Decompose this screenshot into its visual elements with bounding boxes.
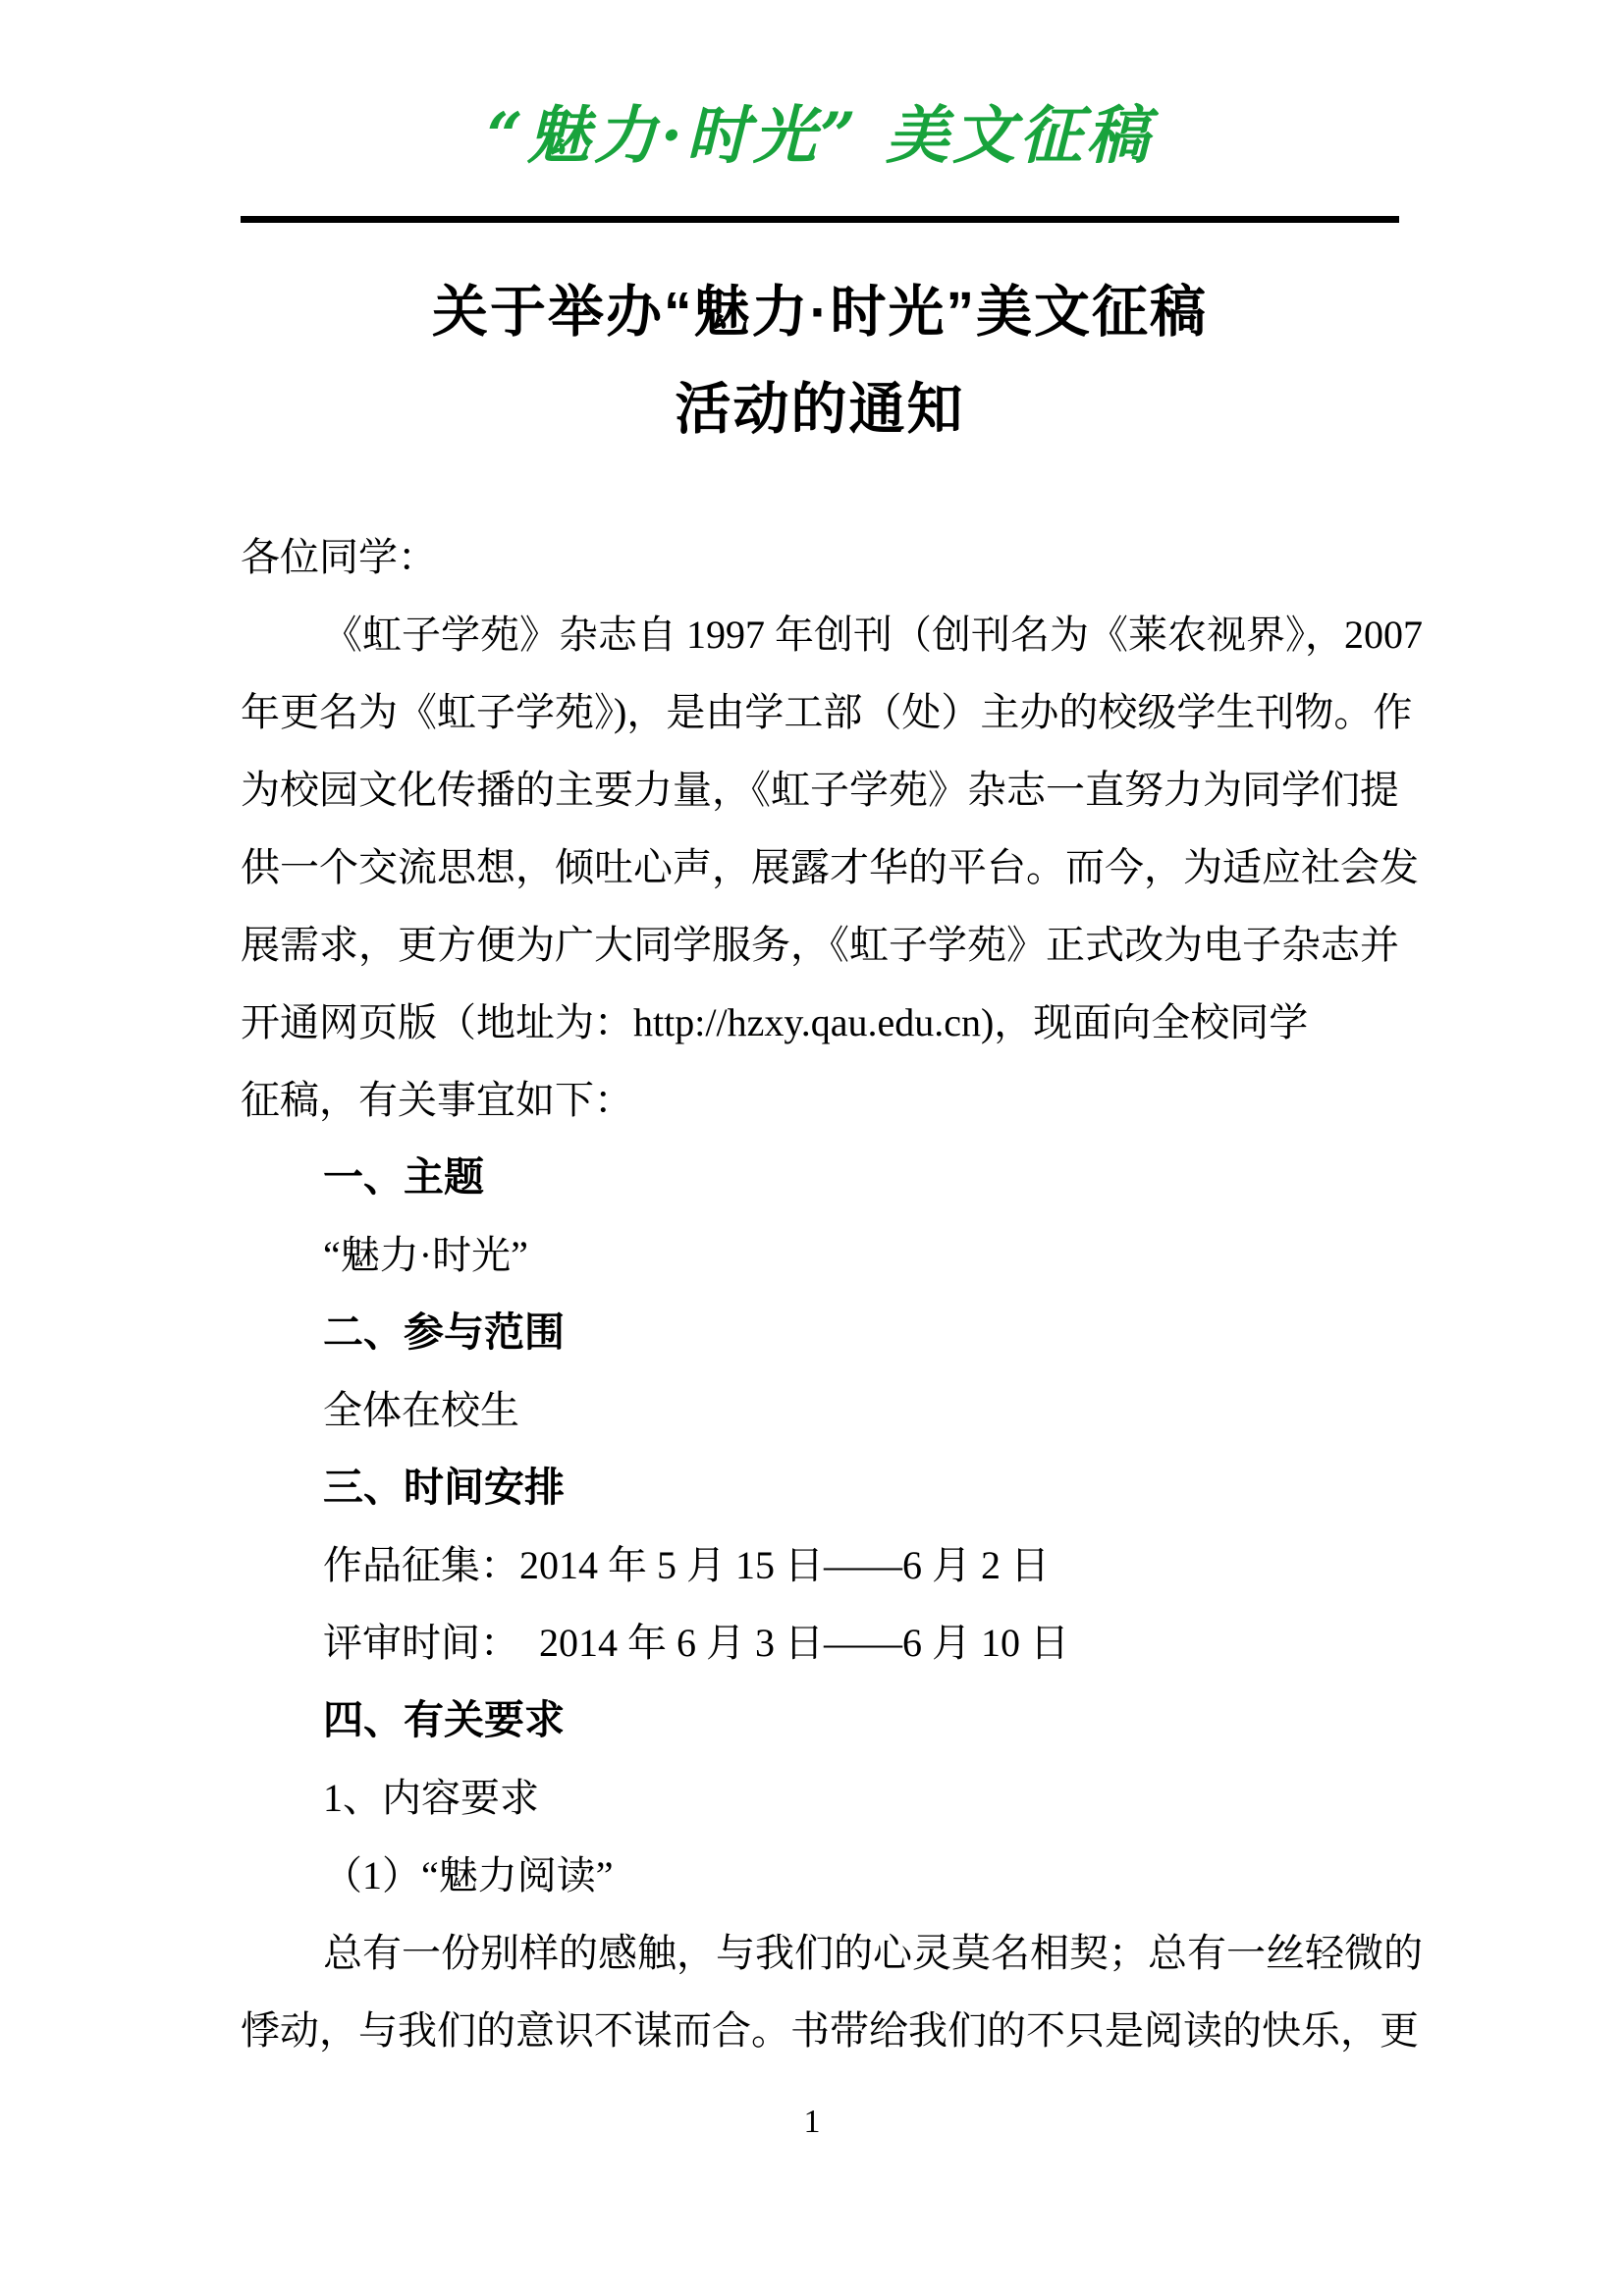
- requirements-item-reading: （1）“魅力阅读”: [241, 1837, 1399, 1914]
- page-number: 1: [0, 2103, 1624, 2142]
- schedule-review-period: 评审时间： 2014 年 6 月 3 日——6 月 10 日: [241, 1604, 1399, 1682]
- paragraph1-line-3: 为校园文化传播的主要力量，《虹子学苑》杂志一直努力为同学们提: [241, 751, 1399, 828]
- document-page: “魅力·时光” 美文征稿 关于举办“魅力·时光”美文征稿 活动的通知 各位同学：…: [0, 0, 1624, 2296]
- document-title: 关于举办“魅力·时光”美文征稿 活动的通知: [241, 264, 1399, 458]
- section-heading-schedule: 三、时间安排: [241, 1449, 1399, 1526]
- paragraph1-line-2: 年更名为《虹子学苑》)，是由学工部（处）主办的校级学生刊物。作: [241, 673, 1399, 751]
- section-heading-participants: 二、参与范围: [241, 1294, 1399, 1371]
- title-line-2: 活动的通知: [241, 361, 1399, 458]
- paragraph1-line-4: 供一个交流思想，倾吐心声，展露才华的平台。而今，为适应社会发: [241, 828, 1399, 906]
- document-content: “魅力·时光” 美文征稿 关于举办“魅力·时光”美文征稿 活动的通知 各位同学：…: [241, 0, 1399, 2069]
- title-line-1: 关于举办“魅力·时光”美文征稿: [241, 264, 1399, 361]
- section-heading-theme: 一、主题: [241, 1139, 1399, 1216]
- salutation: 各位同学：: [241, 518, 1399, 596]
- section-heading-requirements: 四、有关要求: [241, 1682, 1399, 1759]
- paragraph1-line-5: 展需求，更方便为广大同学服务，《虹子学苑》正式改为电子杂志并: [241, 906, 1399, 984]
- header-banner-calligraphy: “魅力·时光” 美文征稿: [241, 0, 1399, 190]
- schedule-collection-period: 作品征集：2014 年 5 月 15 日——6 月 2 日: [241, 1526, 1399, 1604]
- section-content-theme: “魅力·时光”: [241, 1216, 1399, 1294]
- requirements-subheading-content: 1、内容要求: [241, 1759, 1399, 1837]
- section-content-participants: 全体在校生: [241, 1371, 1399, 1449]
- header-rule: [241, 216, 1399, 223]
- paragraph2-line-2: 悸动，与我们的意识不谋而合。书带给我们的不只是阅读的快乐，更: [241, 1992, 1399, 2069]
- document-body: 各位同学： 《虹子学苑》杂志自 1997 年创刊（创刊名为《莱农视界》，2007…: [241, 518, 1399, 2069]
- paragraph1-line-1: 《虹子学苑》杂志自 1997 年创刊（创刊名为《莱农视界》，2007: [241, 596, 1399, 673]
- paragraph1-line-7: 征稿，有关事宜如下：: [241, 1061, 1399, 1139]
- paragraph1-line-6: 开通网页版（地址为：http://hzxy.qau.edu.cn)，现面向全校同…: [241, 984, 1399, 1061]
- paragraph2-line-1: 总有一份别样的感触，与我们的心灵莫名相契；总有一丝轻微的: [241, 1914, 1399, 1992]
